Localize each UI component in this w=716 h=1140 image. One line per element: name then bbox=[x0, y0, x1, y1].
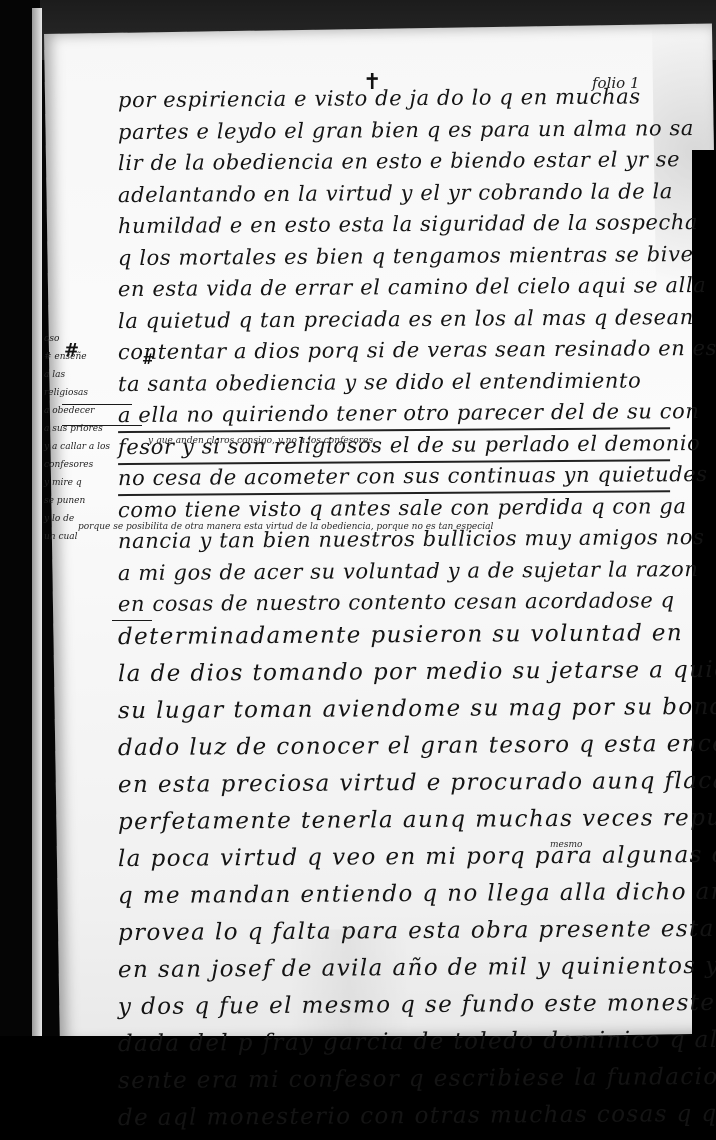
text-line: contentar a dios porq si de veras sean r… bbox=[118, 336, 716, 372]
text-line: sente era mi confesor q escribiese la fu… bbox=[118, 1063, 716, 1104]
text-line: y dos q fue el mesmo q se fundo este mon… bbox=[118, 989, 716, 1030]
margin-note: y mire q bbox=[44, 474, 124, 492]
margin-note: religiosas bbox=[44, 384, 124, 402]
interlinear-note: porque se posibilita de otra manera esta… bbox=[78, 522, 493, 532]
interlinear-note: y que anden claros consigo, y no a los c… bbox=[148, 436, 373, 446]
text-line-underlined: no cesa de acometer con sus continuas yn… bbox=[118, 462, 716, 498]
text-line: la poca virtud q veo en mi porq para alg… bbox=[118, 841, 716, 882]
margin-rule bbox=[62, 425, 142, 426]
text-line: humildad e en esto esta la siguridad de … bbox=[118, 210, 716, 246]
margin-note: oso bbox=[44, 330, 124, 348]
text-line: lir de la obediencia en esto e biendo es… bbox=[118, 147, 716, 183]
margin-note: confesores bbox=[44, 456, 124, 474]
text-line-underlined: a ella no quiriendo tener otro parecer d… bbox=[118, 399, 716, 435]
page-left-edge bbox=[32, 8, 42, 1128]
text-line: la de dios tomando por medio su jetarse … bbox=[118, 656, 716, 697]
text-line: en san josef de avila año de mil y quini… bbox=[118, 952, 716, 993]
text-line: en esta vida de errar el camino del ciel… bbox=[118, 273, 716, 309]
text-line: en cosas de nuestro contento cesan acord… bbox=[118, 588, 716, 624]
manuscript-text: por espiriencia e visto de ja do lo q en… bbox=[118, 86, 716, 1140]
text-line: su lugar toman aviendome su mag por su b… bbox=[118, 693, 716, 734]
scanned-manuscript: ✝ folio 1 # # oso # enseñe a las religio… bbox=[0, 0, 716, 1140]
text-line: partes e leydo el gran bien q es para un… bbox=[118, 115, 716, 151]
text-line: en esta preciosa virtud e procurado aunq… bbox=[118, 767, 716, 808]
margin-note: # enseñe bbox=[44, 348, 124, 366]
text-line: determinadamente pusieron su voluntad en bbox=[118, 619, 716, 660]
text-line: ta santa obediencia y se dido el entendi… bbox=[118, 367, 716, 403]
text-line: adelantando en la virtud y el yr cobrand… bbox=[118, 178, 716, 214]
strikethrough bbox=[112, 620, 152, 621]
text-line: de aql monesterio con otras muchas cosas… bbox=[118, 1100, 716, 1140]
text-line: perfetamente tenerla aunq muchas veces r… bbox=[118, 804, 716, 845]
margin-notes: oso # enseñe a las religiosas a obedecer… bbox=[44, 330, 124, 546]
margin-note: y a callar a los bbox=[44, 438, 124, 456]
interlinear-note: mesmo bbox=[550, 840, 582, 850]
margin-note: a sus priores bbox=[44, 420, 124, 438]
margin-note: se punen bbox=[44, 492, 124, 510]
text-line: provea lo q falta para esta obra present… bbox=[118, 915, 716, 956]
text-line: dada del p fray garcia de toledo dominic… bbox=[118, 1026, 716, 1067]
text-line: a mi gos de acer su voluntad y a de suje… bbox=[118, 556, 716, 592]
text-line: la quietud q tan preciada es en los al m… bbox=[118, 304, 716, 340]
text-line: q me mandan entiendo q no llega alla dic… bbox=[118, 878, 716, 919]
text-line: por espiriencia e visto de ja do lo q en… bbox=[118, 84, 716, 120]
margin-rule bbox=[62, 404, 132, 405]
margin-note: a las bbox=[44, 366, 124, 384]
text-line: q los mortales es bien q tengamos mientr… bbox=[118, 241, 716, 277]
text-line: dado luz de conocer el gran tesoro q est… bbox=[118, 730, 716, 771]
